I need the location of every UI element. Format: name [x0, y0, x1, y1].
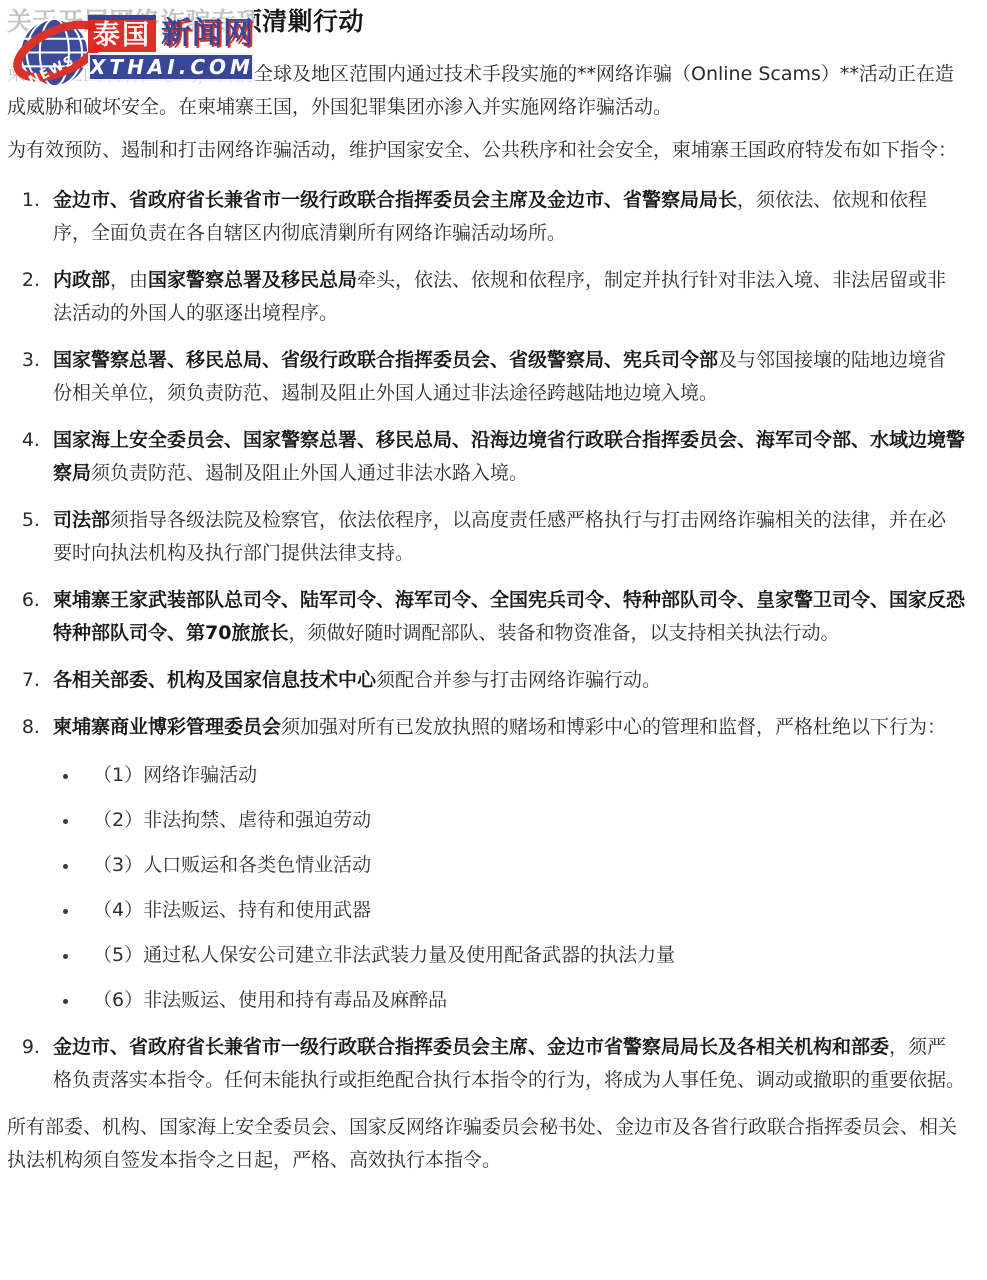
directive-item: 金边市、省政府省长兼省市一级行政联合指挥委员会主席、金边市省警察局局长及各相关机… [46, 1031, 965, 1097]
closing-paragraph: 所有部委、机构、国家海上安全委员会、国家反网络诈骗委员会秘书处、金边市及各省行政… [7, 1111, 965, 1177]
directive-text: 须配合并参与打击网络诈骗行动。 [376, 669, 661, 691]
prohibited-act-item: （1）网络诈骗活动 [79, 759, 965, 792]
intro-section: 柬埔寨王国政府注意到，目前全球及地区范围内通过技术手段实施的**网络诈骗（Onl… [7, 58, 965, 167]
prohibited-act-item: （5）通过私人保安公司建立非法武装力量及使用配备武器的执法力量 [79, 939, 965, 972]
directive-subject: 金边市、省政府省长兼省市一级行政联合指挥委员会主席及金边市、省警察局局长 [53, 189, 737, 211]
directive-item: 金边市、省政府省长兼省市一级行政联合指挥委员会主席及金边市、省警察局局长，须依法… [46, 184, 965, 250]
directive-subject: 金边市、省政府省长兼省市一级行政联合指挥委员会主席、金边市省警察局局长及各相关机… [53, 1036, 889, 1058]
prohibited-act-item: （6）非法贩运、使用和持有毒品及麻醉品 [79, 984, 965, 1017]
directive-text: ，须做好随时调配部队、装备和物资准备，以支持相关执法行动。 [288, 622, 839, 644]
directive-text: ，由 [110, 269, 148, 291]
directive-subject: 司法部 [53, 509, 110, 531]
prohibited-act-item: （4）非法贩运、持有和使用武器 [79, 894, 965, 927]
directive-text: 须负责防范、遏制及阻止外国人通过非法水路入境。 [91, 462, 528, 484]
prohibited-act-item: （2）非法拘禁、虐待和强迫劳动 [79, 804, 965, 837]
directive-text: 须加强对所有已发放执照的赌场和博彩中心的管理和监督，严格杜绝以下行为： [281, 716, 946, 738]
directive-item: 国家警察总署、移民总局、省级行政联合指挥委员会、省级警察局、宪兵司令部及与邻国接… [46, 344, 965, 410]
directive-item: 内政部，由国家警察总署及移民总局牵头，依法、依规和依程序，制定并执行针对非法入境… [46, 264, 965, 330]
directive-item: 柬埔寨王家武装部队总司令、陆军司令、海军司令、全国宪兵司令、特种部队司令、皇家警… [46, 584, 965, 650]
intro-paragraph: 柬埔寨王国政府注意到，目前全球及地区范围内通过技术手段实施的**网络诈骗（Onl… [7, 58, 965, 124]
directive-item: 各相关部委、机构及国家信息技术中心须配合并参与打击网络诈骗行动。 [46, 664, 965, 697]
page-title: 关于开展网络诈骗专项清剿行动 [7, 6, 965, 38]
directive-item: 国家海上安全委员会、国家警察总署、移民总局、沿海边境省行政联合指挥委员会、海军司… [46, 424, 965, 490]
directive-item: 柬埔寨商业博彩管理委员会须加强对所有已发放执照的赌场和博彩中心的管理和监督，严格… [46, 711, 965, 1017]
directives-list: 金边市、省政府省长兼省市一级行政联合指挥委员会主席及金边市、省警察局局长，须依法… [7, 184, 965, 1097]
directive-subject: 国家警察总署、移民总局、省级行政联合指挥委员会、省级警察局、宪兵司令部 [53, 349, 718, 371]
directive-text: 须指导各级法院及检察官，依法依程序，以高度责任感严格执行与打击网络诈骗相关的法律… [53, 509, 946, 564]
directive-item: 司法部须指导各级法院及检察官，依法依程序，以高度责任感严格执行与打击网络诈骗相关… [46, 504, 965, 570]
directive-subject: 内政部 [53, 269, 110, 291]
prohibited-act-item: （3）人口贩运和各类色情业活动 [79, 849, 965, 882]
prohibited-acts-list: （1）网络诈骗活动（2）非法拘禁、虐待和强迫劳动（3）人口贩运和各类色情业活动（… [53, 759, 965, 1017]
intro-paragraph: 为有效预防、遏制和打击网络诈骗活动，维护国家安全、公共秩序和社会安全，柬埔寨王国… [7, 134, 965, 167]
directive-subject: 各相关部委、机构及国家信息技术中心 [53, 669, 376, 691]
directive-subject: 国家警察总署及移民总局 [148, 269, 357, 291]
article-page: 关于开展网络诈骗专项清剿行动 NEWS 泰国 新闻网 XTHAI.COM [0, 0, 987, 1177]
directive-subject: 柬埔寨商业博彩管理委员会 [53, 716, 281, 738]
